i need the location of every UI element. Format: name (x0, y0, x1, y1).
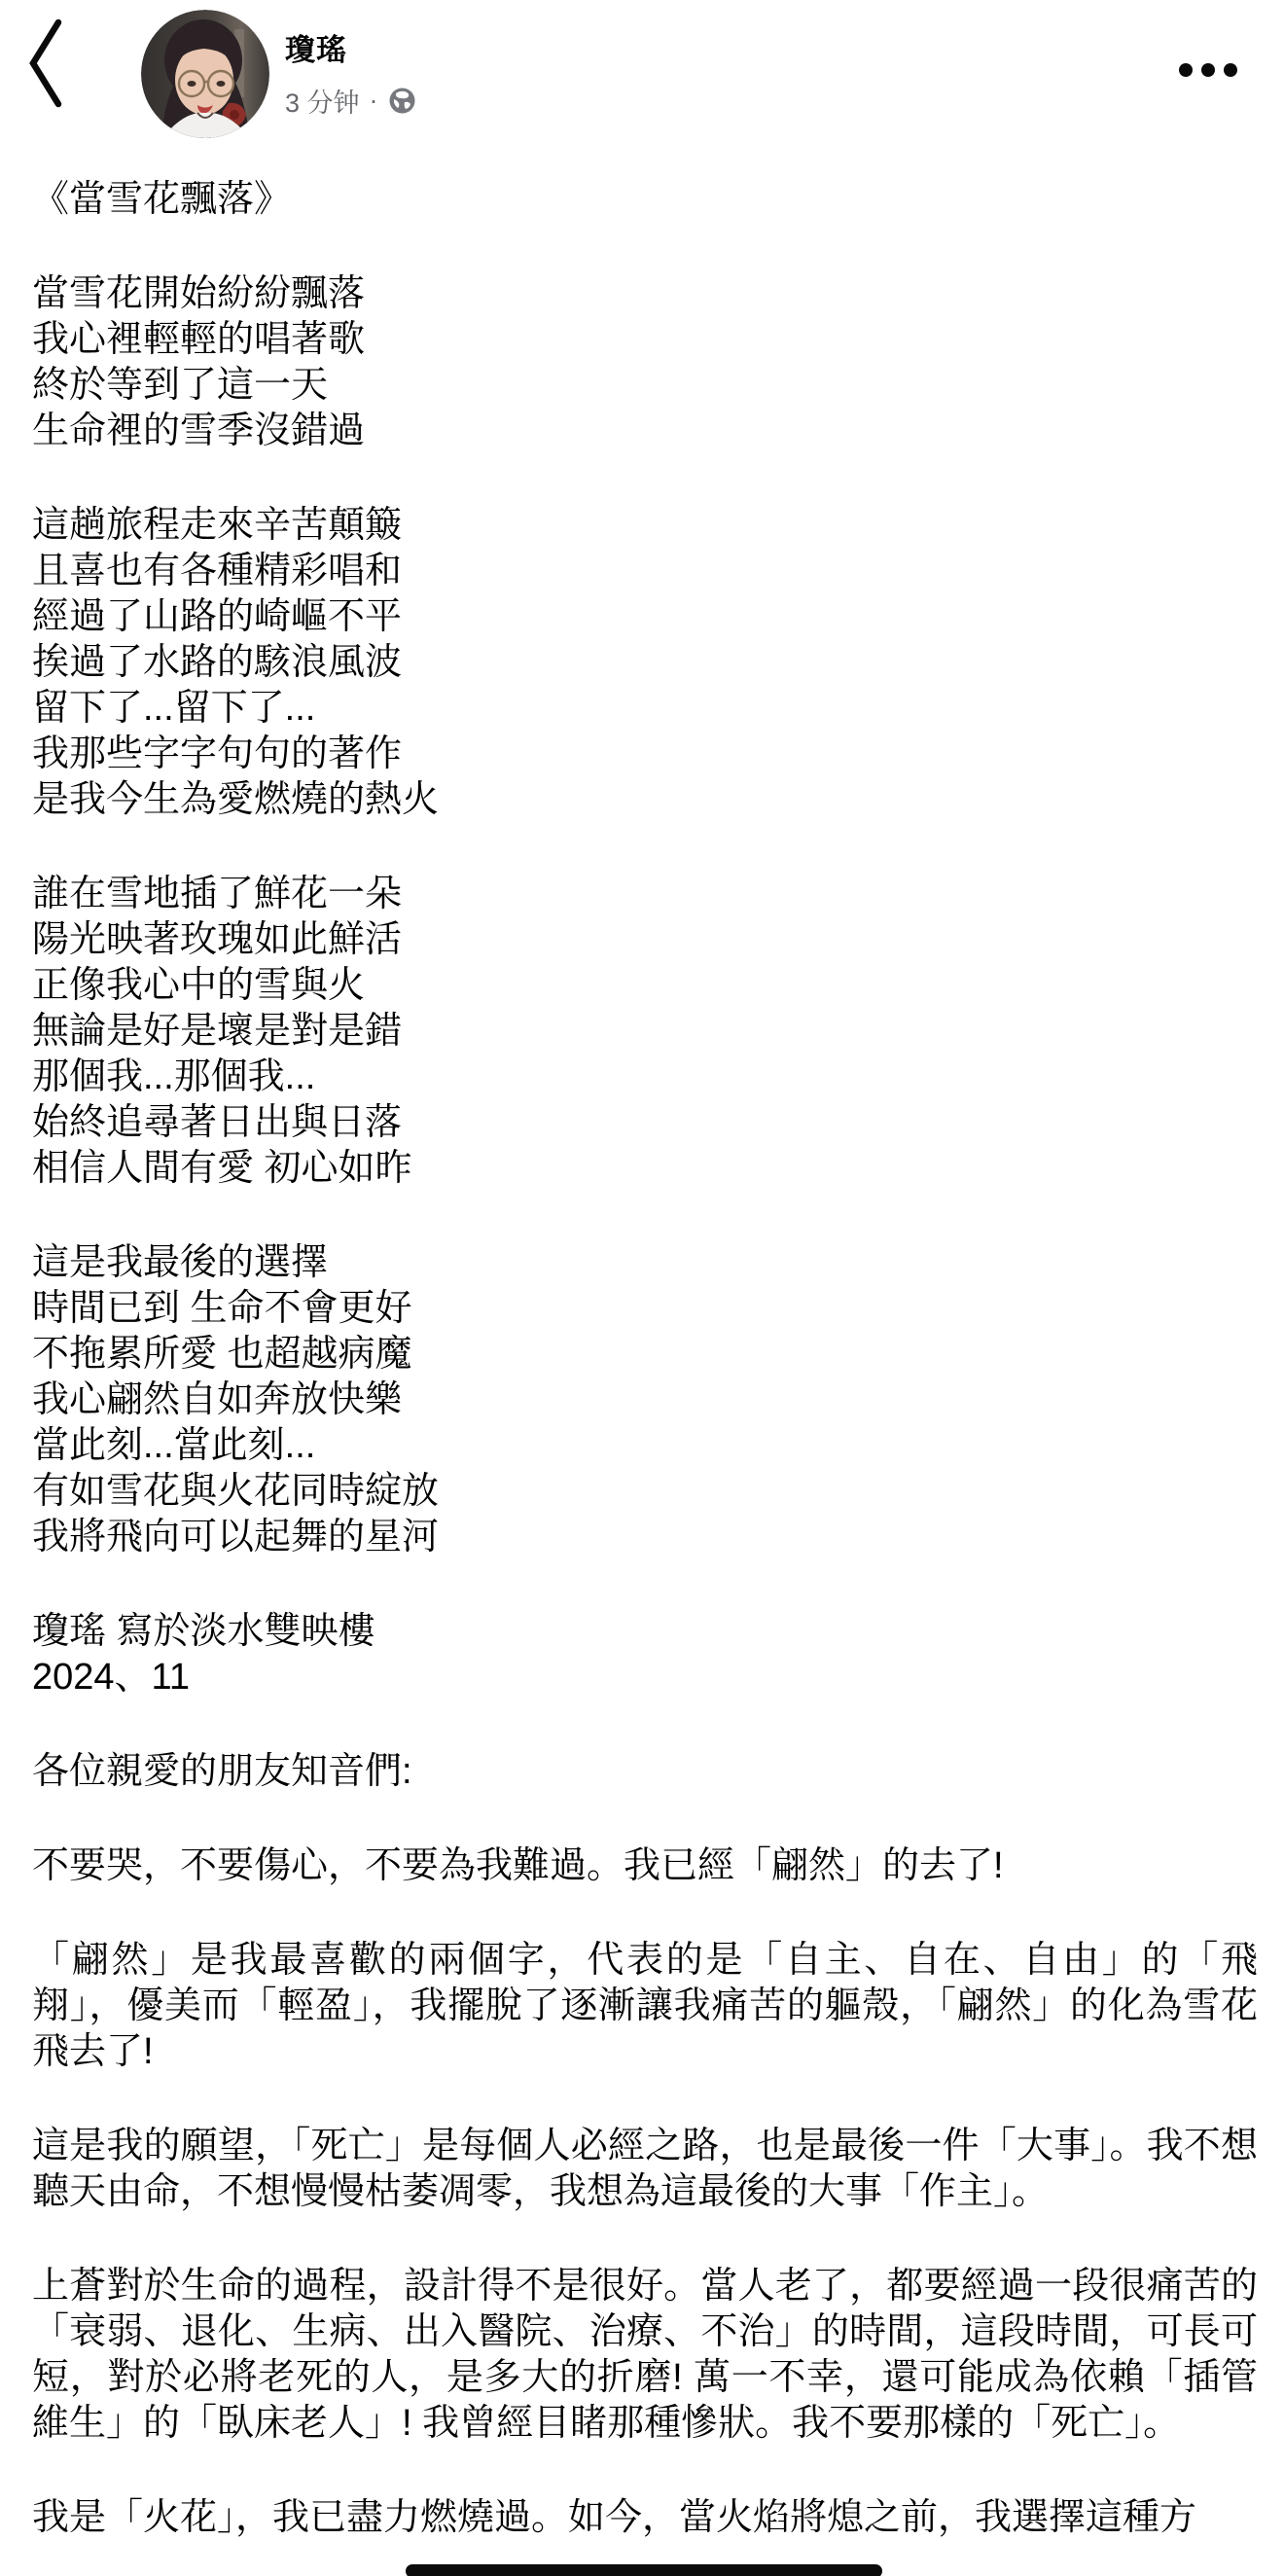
post-header: 瓊瑤 3 分钟 · (0, 0, 1284, 146)
poem-signature: 瓊瑤 寫於淡水雙映樓 2024、11 (32, 1609, 1258, 1700)
letter-paragraph: 這是我的願望，「死亡」是每個人必經之路，也是最後一件「大事」。我不想聽天由命，不… (32, 2124, 1258, 2215)
letter-paragraph: 「翩然」是我最喜歡的兩個字，代表的是「自主、自在、自由」的「飛翔」，優美而「輕盈… (32, 1938, 1258, 2075)
letter-paragraph: 上蒼對於生命的過程，設計得不是很好。當人老了，都要經過一段很痛苦的「衰弱、退化、… (32, 2264, 1258, 2447)
letter-paragraph: 我是「火花」，我已盡力燃燒過。如今，當火焰將熄之前，我選擇這種方 (32, 2495, 1258, 2541)
poem-stanza: 誰在雪地插了鮮花一朵 陽光映著玫瑰如此鮮活 正像我心中的雪與火 無論是好是壞是對… (32, 872, 1258, 1192)
letter-paragraph: 不要哭，不要傷心，不要為我難過。我已經「翩然」的去了! (32, 1843, 1258, 1889)
back-button[interactable] (19, 16, 70, 115)
author-name[interactable]: 瓊瑤 (285, 25, 347, 69)
poem-stanza: 這趟旅程走來辛苦顛簸 且喜也有各種精彩唱和 經過了山路的崎嶇不平 挨過了水路的駭… (32, 503, 1258, 823)
letter-paragraph: 各位親愛的朋友知音們: (32, 1749, 1258, 1795)
three-dots-icon (1179, 63, 1237, 77)
more-options-button[interactable] (1179, 54, 1257, 86)
poem-stanza: 當雪花開始紛紛飄落 我心裡輕輕的唱著歌 終於等到了這一天 生命裡的雪季沒錯過 (32, 271, 1258, 454)
post-meta: 3 分钟 · (285, 82, 416, 120)
avatar[interactable] (141, 10, 269, 138)
dot-separator: · (370, 86, 378, 116)
profile-photo-icon (141, 125, 269, 138)
post-body: 《當雪花飄落》當雪花開始紛紛飄落 我心裡輕輕的唱著歌 終於等到了這一天 生命裡的… (0, 146, 1284, 2541)
chevron-left-icon (26, 18, 63, 114)
poem-stanza: 這是我最後的選擇 時間已到 生命不會更好 不拖累所愛 也超越病魔 我心翩然自如奔… (32, 1240, 1258, 1560)
post-title: 《當雪花飄落》 (32, 177, 1258, 223)
timestamp: 3 分钟 (285, 82, 360, 120)
globe-icon (388, 87, 416, 115)
home-indicator-bar[interactable] (406, 2564, 882, 2576)
screen: { "colors": { "background": "#ffffff", "… (0, 0, 1284, 2576)
